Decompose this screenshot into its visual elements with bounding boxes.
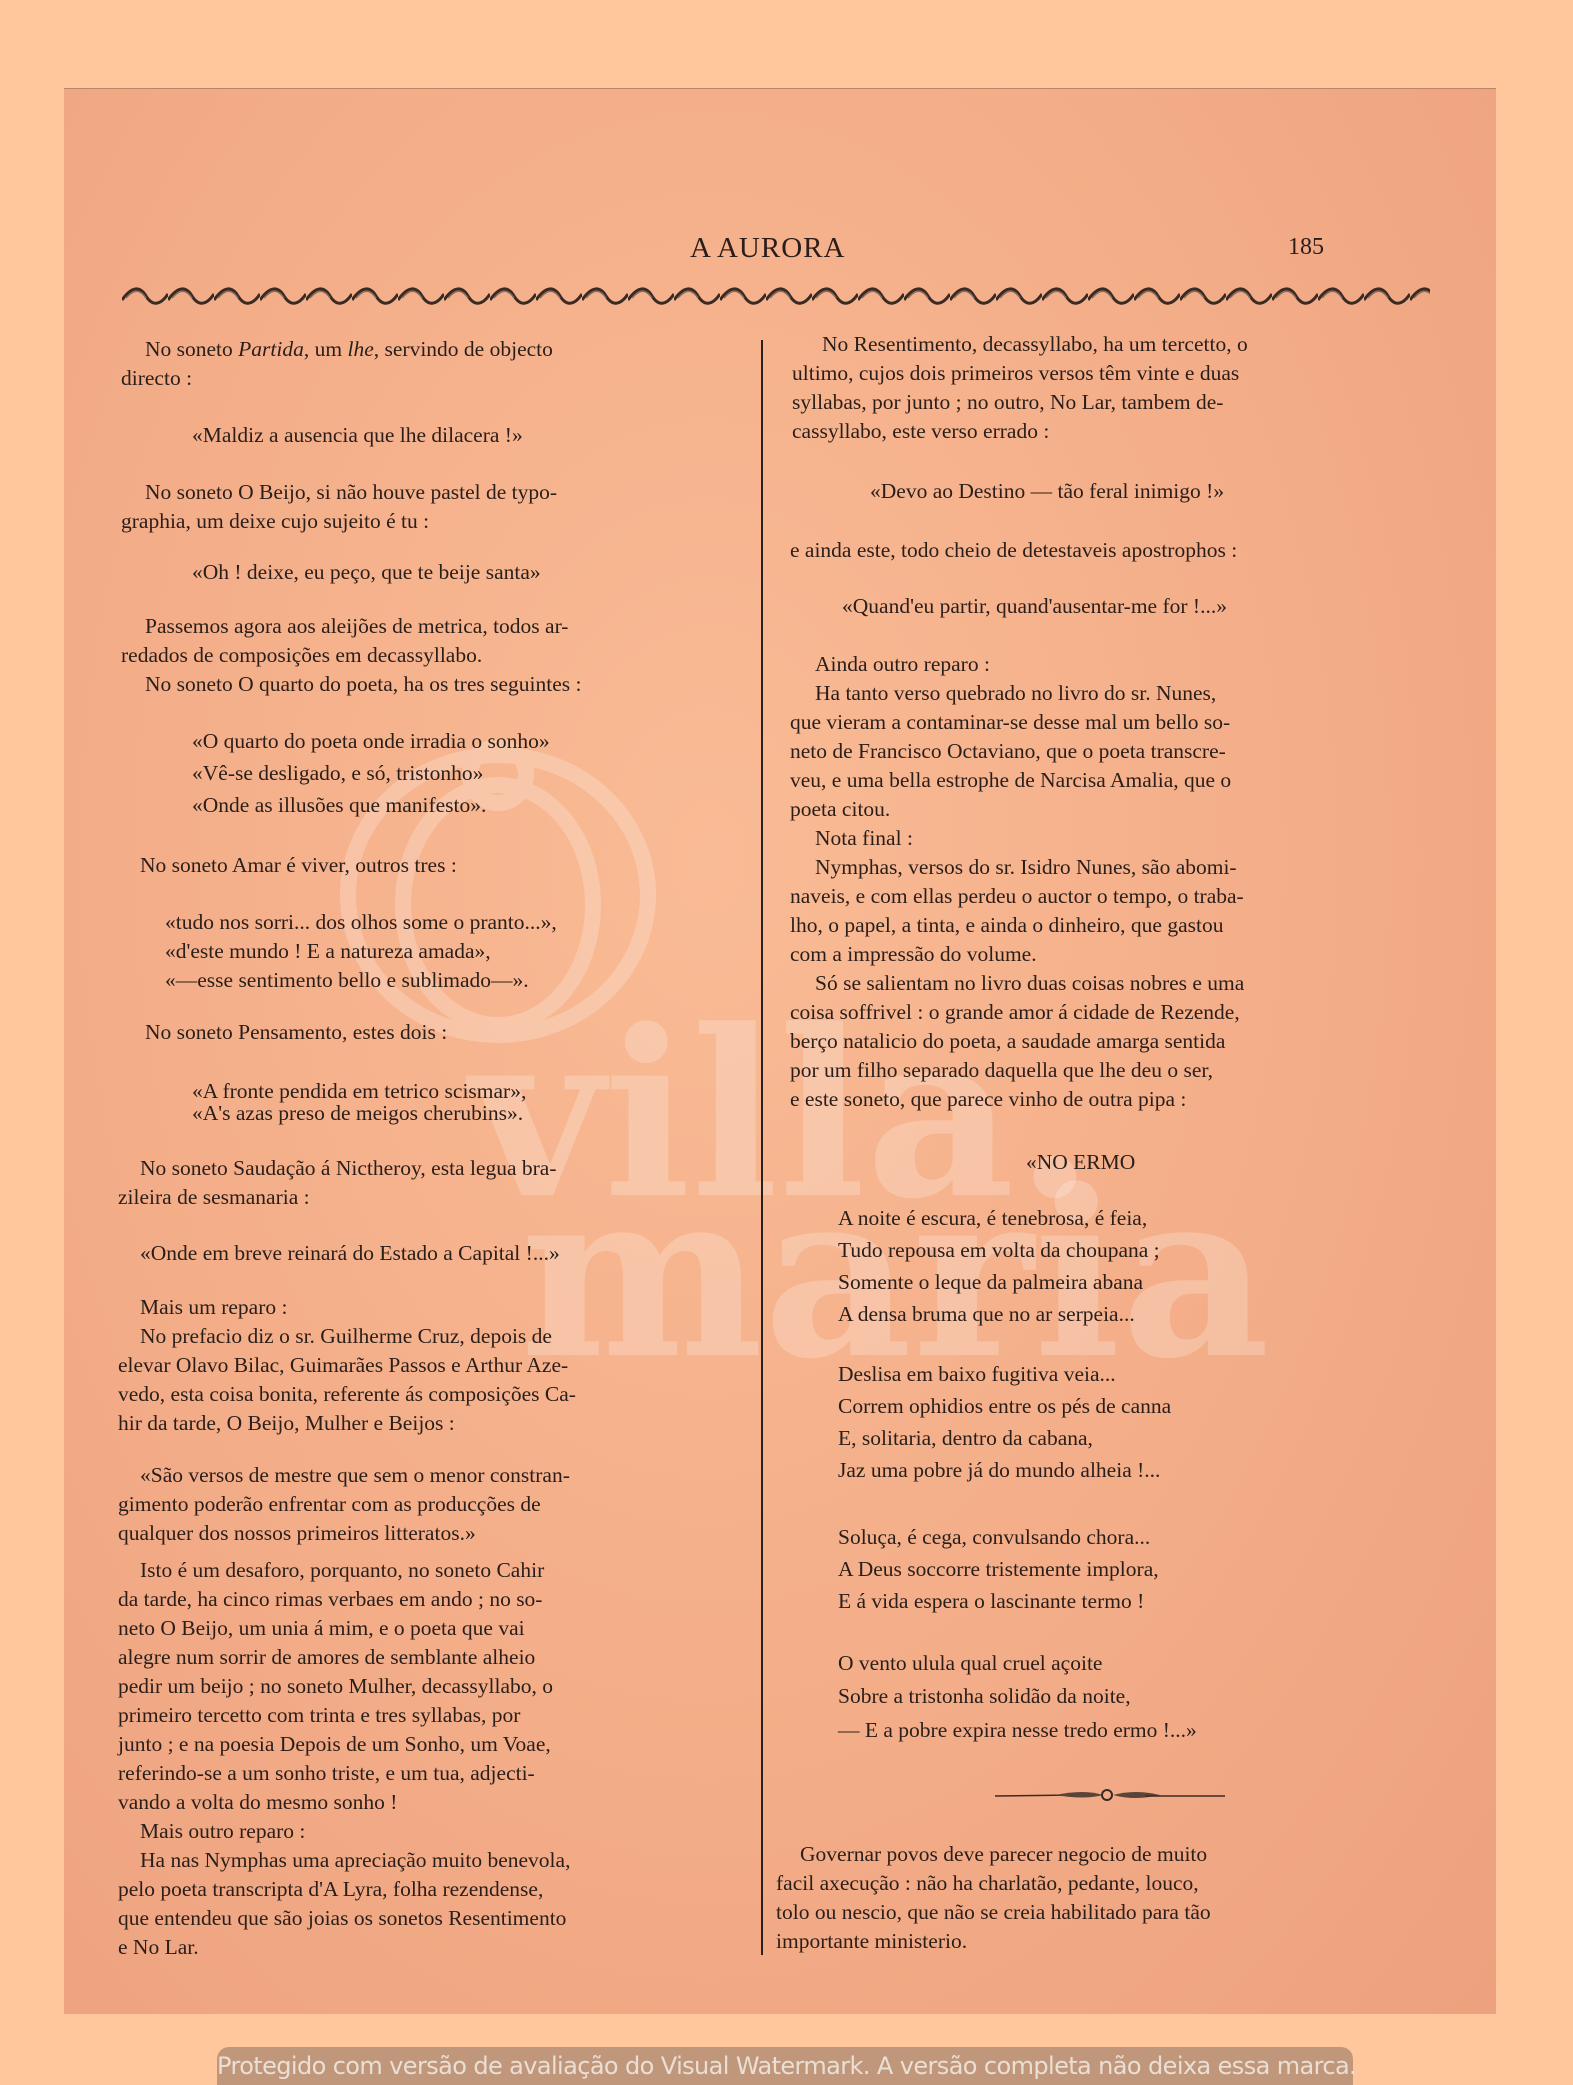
paragraph-line: No prefacio diz o sr. Guilherme Cruz, de… [140,1324,552,1349]
paragraph-line: pelo poeta transcripta d'A Lyra, folha r… [118,1877,543,1902]
paragraph-line: No soneto Saudação á Nictheroy, esta leg… [140,1156,557,1181]
paragraph-line: neto O Beijo, um unia á mim, e o poeta q… [118,1616,525,1641]
paragraph-line: por um filho separado daquella que lhe d… [790,1058,1213,1083]
paragraph-line: «O quarto do poeta onde irradia o sonho» [192,729,550,754]
paragraph-line: cassyllabo, este verso errado : [792,419,1049,444]
paragraph-line: «Onde em breve reinará do Estado a Capit… [140,1241,560,1266]
paragraph-line: hir da tarde, O Beijo, Mulher e Beijos : [118,1411,455,1436]
paragraph-line: elevar Olavo Bilac, Guimarães Passos e A… [118,1353,568,1378]
paragraph-line: «São versos de mestre que sem o menor co… [140,1463,570,1488]
paragraph-line: ultimo, cujos dois primeiros versos têm … [792,361,1239,386]
paragraph-line: «d'este mundo ! E a natureza amada», [165,939,491,964]
poem-line: Soluça, é cega, convulsando chora... [838,1525,1150,1550]
paragraph-line: Mais um reparo : [140,1295,287,1320]
paragraph-line: «tudo nos sorri... dos olhos some o pran… [165,910,557,935]
paragraph-line: zileira de sesmanaria : [118,1185,310,1210]
paragraph-line: facil axecução : não ha charlatão, pedan… [776,1871,1199,1896]
paragraph-line: Governar povos deve parecer negocio de m… [800,1842,1207,1867]
paragraph-line: «A's azas preso de meigos cherubins». [192,1101,523,1126]
quote-line: «Maldiz a ausencia que lhe dilacera !» [192,423,523,448]
paragraph-line: alegre num sorrir de amores de semblante… [118,1645,535,1670]
poem-line: Somente o leque da palmeira abana [838,1270,1143,1295]
paragraph-line: com a impressão do volume. [790,942,1037,967]
paragraph-line: «Vê-se desligado, e só, tristonho» [192,761,483,786]
poem-line: Deslisa em baixo fugitiva veia... [838,1362,1116,1387]
paragraph-line: que vieram a contaminar-se desse mal um … [790,710,1230,735]
evaluation-watermark-text: Protegido com versão de avaliação do Vis… [217,2047,1353,2085]
paragraph-line: pedir um beijo ; no soneto Mulher, decas… [118,1674,553,1699]
paragraph-line: «Quand'eu partir, quand'ausentar-me for … [842,594,1227,619]
page-number: 185 [1288,234,1324,261]
paragraph-line: redados de composições em decassyllabo. [121,643,482,668]
paragraph-line: No soneto Partida, um lhe, servindo de o… [145,337,553,362]
paragraph-line: Ha tanto verso quebrado no livro do sr. … [815,681,1216,706]
poem-line: O vento ulula qual cruel açoite [838,1651,1102,1676]
paragraph-line: «—esse sentimento bello e sublimado—». [165,968,529,993]
paragraph-line: No soneto O Beijo, si não houve pastel d… [145,480,557,505]
paragraph-line: e este soneto, que parece vinho de outra… [790,1087,1186,1112]
paragraph-line: tolo ou nescio, que não se creia habilit… [776,1900,1211,1925]
poem-line: A densa bruma que no ar serpeia... [838,1302,1135,1327]
paragraph-line: que entendeu que são joias os sonetos Re… [118,1906,566,1931]
paragraph-line: syllabas, por junto ; no outro, No Lar, … [792,390,1223,415]
paragraph-line: lho, o papel, a tinta, e ainda o dinheir… [790,913,1223,938]
paragraph-line: «Devo ao Destino — tão feral inimigo !» [870,479,1224,504]
paragraph-line: importante ministerio. [776,1929,967,1954]
paragraph-line: «Onde as illusões que manifesto». [192,793,486,818]
paragraph-line: Só se salientam no livro duas coisas nob… [815,971,1244,996]
poem-line: E, solitaria, dentro da cabana, [838,1426,1093,1451]
poem-line: Sobre a tristonha solidão da noite, [838,1684,1131,1709]
paragraph-line: graphia, um deixe cujo sujeito é tu : [121,509,429,534]
paragraph-line: junto ; e na poesia Depois de um Sonho, … [118,1732,551,1757]
poem-line: E á vida espera o lascinante termo ! [838,1589,1144,1614]
poem-line: A Deus soccorre tristemente implora, [838,1557,1159,1582]
evaluation-watermark-bar: Protegido com versão de avaliação do Vis… [217,2047,1353,2085]
paragraph-line: coisa soffrivel : o grande amor á cidade… [790,1000,1240,1025]
paragraph-line: e No Lar. [118,1935,199,1960]
paragraph-line: Nota final : [815,826,913,851]
paragraph-line: directo : [121,366,192,391]
paragraph-line: No soneto O quarto do poeta, ha os tres … [145,672,582,697]
journal-title: A AURORA [690,232,845,265]
paragraph-line: No Resentimento, decassyllabo, ha um ter… [822,332,1248,357]
paragraph-line: naveis, e com ellas perdeu o auctor o te… [790,884,1244,909]
paragraph-line: No soneto Amar é viver, outros tres : [140,853,457,878]
paragraph-line: referindo-se a um sonho triste, e um tua… [118,1761,535,1786]
paragraph-line: Nymphas, versos do sr. Isidro Nunes, são… [815,855,1237,880]
paragraph-line: vedo, esta coisa bonita, referente ás co… [118,1382,576,1407]
paragraph-line: Passemos agora aos aleijões de metrica, … [145,614,568,639]
poem-title: «NO ERMO [1026,1150,1135,1175]
poem-line: Correm ophidios entre os pés de canna [838,1394,1171,1419]
paragraph-line: Ha nas Nymphas uma apreciação muito bene… [140,1848,570,1873]
paragraph-line: gimento poderão enfrentar com as producç… [118,1492,541,1517]
paragraph-line: «Oh ! deixe, eu peço, que te beije santa… [192,560,541,585]
poem-line: Jaz uma pobre já do mundo alheia !... [838,1458,1160,1483]
paragraph-line: poeta citou. [790,797,890,822]
paragraph-line: vando a volta do mesmo sonho ! [118,1790,397,1815]
poem-line: A noite é escura, é tenebrosa, é feia, [838,1206,1147,1231]
paragraph-line: primeiro tercetto com trinta e tres syll… [118,1703,520,1728]
column-divider [761,340,763,1955]
paragraph-line: da tarde, ha cinco rimas verbaes em ando… [118,1587,542,1612]
paragraph-line: Mais outro reparo : [140,1819,305,1844]
paragraph-line: berço natalicio do poeta, a saudade amar… [790,1029,1225,1054]
poem-line: Tudo repousa em volta da choupana ; [838,1238,1160,1263]
paragraph-line: qualquer dos nossos primeiros litteratos… [118,1521,476,1546]
paragraph-line: Isto é um desaforo, porquanto, no soneto… [140,1558,544,1583]
divider-ornament-icon [995,1785,1225,1805]
wave-ornament-icon [122,284,1430,308]
paragraph-line: e ainda este, todo cheio de detestaveis … [790,538,1237,563]
poem-line: — E a pobre expira nesse tredo ermo !...… [838,1718,1197,1743]
paragraph-line: neto de Francisco Octaviano, que o poeta… [790,739,1226,764]
paragraph-line: Ainda outro reparo : [815,652,990,677]
paragraph-line: veu, e uma bella estrophe de Narcisa Ama… [790,768,1231,793]
paragraph-line: No soneto Pensamento, estes dois : [145,1020,447,1045]
